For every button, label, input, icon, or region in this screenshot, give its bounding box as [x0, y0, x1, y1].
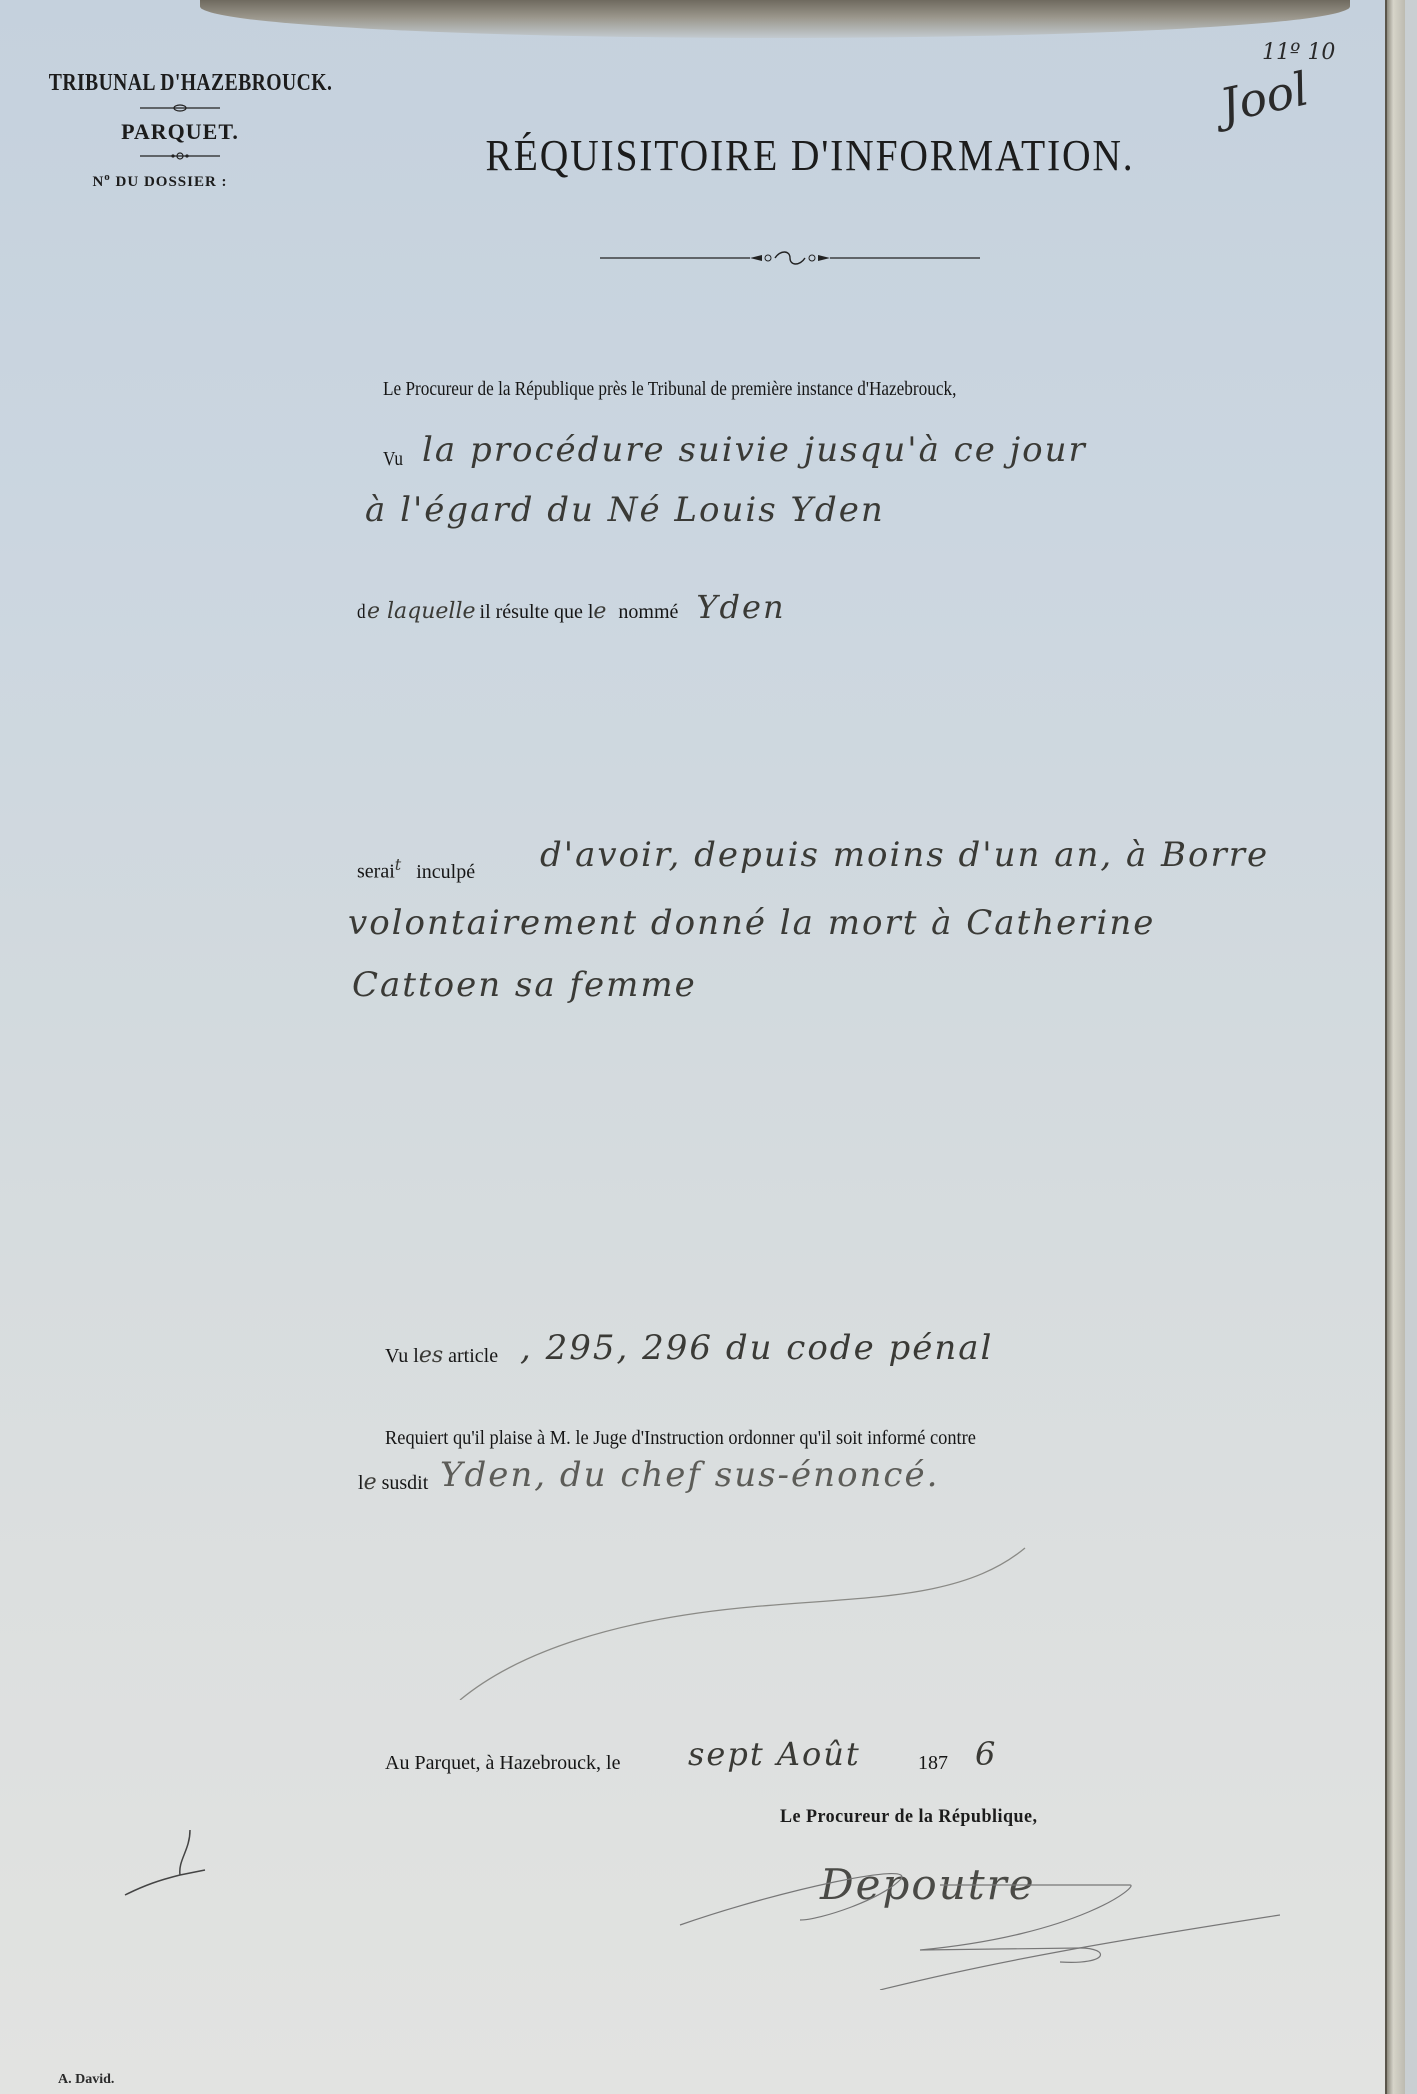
year-handwritten: 6 — [975, 1735, 997, 1773]
serait-line: serait inculpé — [357, 855, 475, 884]
folded-top-edge — [200, 0, 1350, 38]
vu-label: Vu — [383, 448, 403, 471]
articles-label: article — [448, 1345, 498, 1367]
dossier-prefix: N — [92, 174, 104, 190]
printer-mark: A. David. — [58, 2072, 114, 2088]
articles-hand-les: es — [419, 1343, 443, 1368]
date-handwritten: sept Août — [688, 1735, 861, 1773]
requiert-line: Requiert qu'il plaise à M. le Juge d'Ins… — [385, 1427, 976, 1450]
dossier-label-text: DU DOSSIER : — [116, 174, 228, 190]
margin-pencil-mark-icon — [120, 1820, 220, 1900]
date-line: Au Parquet, à Hazebrouck, le — [385, 1752, 620, 1775]
articles-vu: Vu l — [385, 1345, 419, 1367]
handwritten-procedure-line2: à l'égard du Né Louis Yden — [365, 490, 885, 530]
serait-hand: t — [395, 855, 401, 874]
tribunal-name: TRIBUNAL D'HAZEBROUCK. — [49, 70, 311, 97]
charge-line3: Cattoen sa femme — [352, 965, 697, 1005]
initials-annotation: Jool — [1215, 61, 1313, 132]
document-page: TRIBUNAL D'HAZEBROUCK. PARQUET. No DU DO… — [0, 0, 1405, 2094]
ornament-divider-icon — [140, 103, 220, 113]
page-title: RÉQUISITOIRE D'INFORMATION. — [423, 130, 1197, 181]
service-name: PARQUET. — [20, 119, 340, 145]
ornament-divider-icon — [140, 151, 220, 161]
susdit-label: susdit — [382, 1472, 429, 1494]
resulte-line: de laquelle il résulte que le nommé Yden — [357, 588, 786, 626]
resulte-prefix: d — [357, 601, 366, 624]
articles-numbers: , 295, 296 du code pénal — [520, 1328, 993, 1368]
inculpe-text: inculpé — [416, 861, 475, 883]
handwritten-procedure-line1: la procédure suivie jusqu'à ce jour — [422, 430, 1087, 470]
closing-flourish-icon — [440, 1540, 1040, 1700]
resulte-prefix-hand: e laquelle — [367, 599, 476, 624]
serait-text: serai — [357, 861, 395, 883]
binding-edge — [1385, 0, 1405, 2094]
signature-flourish-icon — [660, 1840, 1280, 1990]
susdit-handwritten: Yden, du chef sus-énoncé. — [440, 1455, 939, 1495]
resulte-hand-le: e — [593, 599, 606, 624]
court-header: TRIBUNAL D'HAZEBROUCK. PARQUET. No DU DO… — [20, 70, 340, 191]
nomme-label: nommé — [618, 601, 678, 624]
date-place: Au Parquet, à Hazebrouck, le — [385, 1752, 620, 1774]
articles-line: Vu les article — [385, 1343, 498, 1368]
accused-name: Yden — [696, 588, 785, 626]
charge-line1: d'avoir, depuis moins d'un an, à Borre — [540, 835, 1269, 875]
resulte-text: il résulte que l — [480, 601, 594, 624]
title-ornament-icon — [600, 250, 980, 266]
dossier-number-label: No DU DOSSIER : — [0, 171, 340, 191]
susdit-hand-e: e — [364, 1470, 377, 1495]
dossier-sup: o — [104, 171, 111, 183]
year-printed: 187 — [918, 1752, 948, 1775]
charge-line2: volontairement donné la mort à Catherine — [348, 903, 1155, 943]
intro-line: Le Procureur de la République près le Tr… — [383, 378, 956, 401]
susdit-line: le susdit — [358, 1470, 428, 1495]
signatory-title: Le Procureur de la République, — [780, 1806, 1037, 1828]
